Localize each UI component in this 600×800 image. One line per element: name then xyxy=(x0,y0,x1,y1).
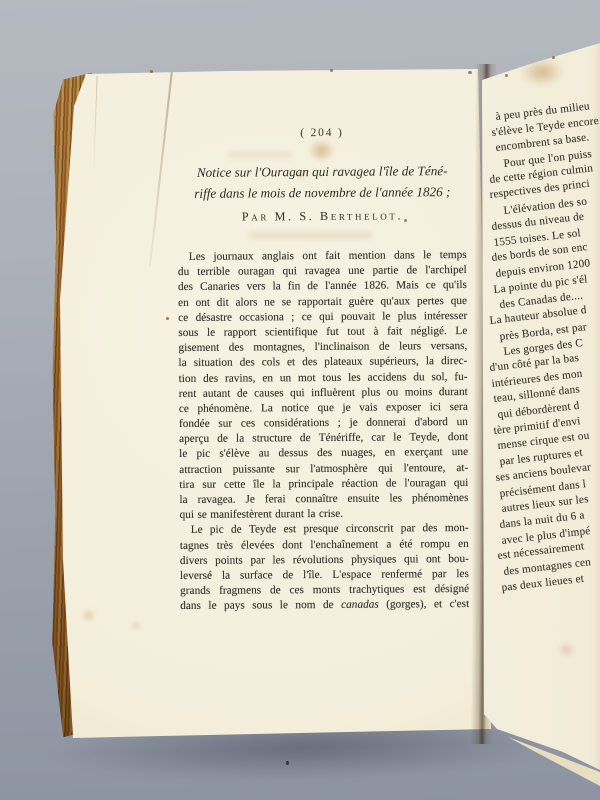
left-page-text: ( 204 ) Notice sur l'Ouragan qui ravagea… xyxy=(176,0,466,1)
text-line: laravagea.Jeferaiconnaîtreensuitelesphén… xyxy=(179,491,468,508)
text-line: danslepayssouslenomdecanadas(gorges),etc… xyxy=(180,597,469,614)
text-line: rentautantdecausesquiinfluèrentplusoumoi… xyxy=(179,385,468,402)
foxing-stain xyxy=(81,609,96,622)
paper-speck xyxy=(330,69,333,72)
foxing-stain xyxy=(308,139,335,162)
title-line-2: riffe dans le mois de novembre de l'anné… xyxy=(165,181,479,204)
title-line-1: Notice sur l'Ouragan qui ravagea l'île d… xyxy=(165,161,479,184)
book-photo: ( 204 ) Notice sur l'Ouragan qui ravagea… xyxy=(0,0,600,800)
text-line: souslerapportscientifiquefuttoutàfaitnég… xyxy=(178,324,467,341)
show-through-smudge xyxy=(248,231,372,239)
foxing-stain xyxy=(131,621,141,630)
foxing-stain xyxy=(558,642,575,657)
paper-speck xyxy=(166,317,169,320)
paper-speck xyxy=(505,74,508,77)
paper-speck xyxy=(552,56,555,59)
article-title: Notice sur l'Ouragan qui ravagea l'île d… xyxy=(165,161,479,204)
page-crease xyxy=(93,76,97,168)
paper-speck xyxy=(286,761,289,765)
author-byline: Par M. S. Berthelot. xyxy=(177,208,467,225)
text-line: Lesjournauxanglaisontfaitmentiondanslete… xyxy=(178,248,467,265)
foxing-stain xyxy=(520,58,564,86)
page-number: ( 204 ) xyxy=(177,126,467,140)
paper-speck xyxy=(150,70,153,73)
paper-speck xyxy=(468,71,472,74)
paper-speck xyxy=(404,219,407,222)
right-page-text: à peu près du milieus'élève le Teyde enc… xyxy=(490,111,600,597)
text-line: diverspointsparlesrévolutionsphysiquesqu… xyxy=(180,552,469,569)
body-text: Lesjournauxanglaisontfaitmentiondanslete… xyxy=(178,248,470,615)
show-through-smudge xyxy=(228,151,292,159)
